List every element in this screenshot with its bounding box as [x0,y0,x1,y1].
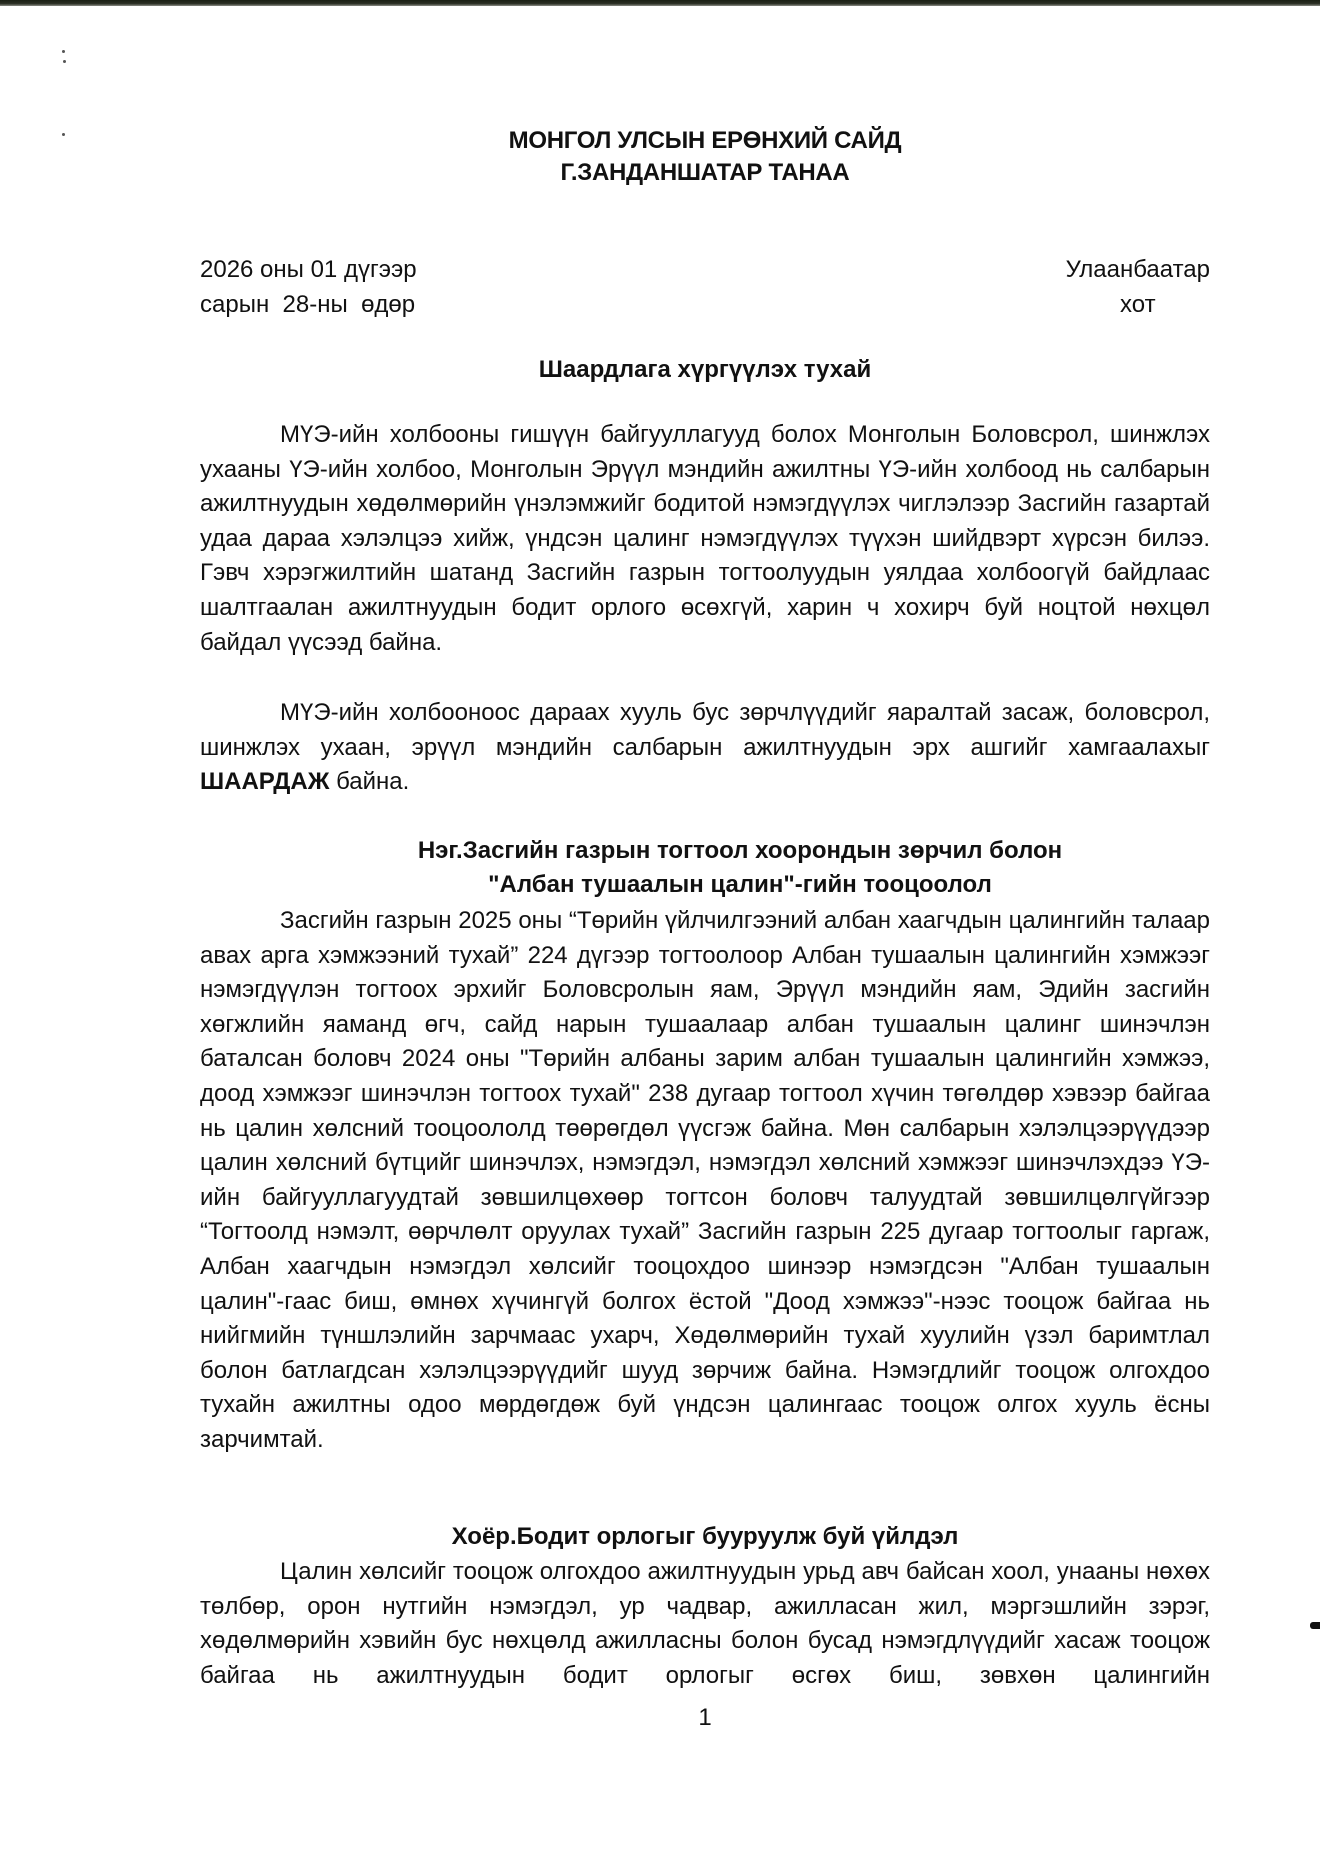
section-2-body: Цалин хөлсийг тооцож олгохдоо ажилтнууды… [200,1555,1210,1693]
section-1-heading: Нэг.Засгийн газрын тогтоол хоорондын зөр… [200,834,1210,902]
scan-speck [62,133,65,136]
recipient-block: МОНГОЛ УЛСЫН ЕРӨНХИЙ САЙД Г.ЗАНДАНШАТАР … [200,125,1210,189]
intro-paragraph-2: МҮЭ-ийн холбооноос дараах хууль бус зөрч… [200,696,1210,800]
recipient-name: Г.ЗАНДАНШАТАР ТАНАА [200,157,1210,189]
section-2-body-text: Цалин хөлсийг тооцож олгохдоо ажилтнууды… [200,1555,1210,1693]
page-number: 1 [200,1704,1210,1732]
date-line-1: 2026 оны 01 дүгээр [200,252,417,287]
demand-text-before: МҮЭ-ийн холбооноос дараах хууль бус зөрч… [200,699,1210,761]
scan-edge-mark [1310,1622,1320,1629]
section-1-heading-line-2: "Албан тушаалын цалин"-гийн тооцоолол [200,868,1210,902]
intro-paragraph-2-text: МҮЭ-ийн холбооноос дараах хууль бус зөрч… [200,696,1210,800]
place-block: Улаанбаатар хот [1066,252,1210,322]
place-line-1: Улаанбаатар [1066,252,1210,287]
scan-speck [62,50,65,53]
date-line-2: сарын 28-ны өдөр [200,287,417,322]
section-1-body: Засгийн газрын 2025 оны “Төрийн үйлчилгэ… [200,904,1210,1458]
section-1-heading-line-1: Нэг.Засгийн газрын тогтоол хоорондын зөр… [200,834,1210,868]
section-1-body-text: Засгийн газрын 2025 оны “Төрийн үйлчилгэ… [200,904,1210,1458]
subject-heading: Шаардлага хүргүүлэх тухай [200,356,1210,384]
demand-keyword: ШААРДАЖ [200,768,329,795]
date-block: 2026 оны 01 дүгээр сарын 28-ны өдөр [200,252,417,322]
intro-paragraph-1-text: МҮЭ-ийн холбооны гишүүн байгууллагууд бо… [200,418,1210,660]
section-2-heading: Хоёр.Бодит орлогыг бууруулж буй үйлдэл [200,1520,1210,1554]
scan-speck [63,60,66,63]
place-line-2: хот [1066,287,1210,322]
demand-text-after: байна. [329,768,409,795]
recipient-title: МОНГОЛ УЛСЫН ЕРӨНХИЙ САЙД [200,125,1210,157]
scan-top-border [0,0,1320,6]
intro-paragraph-1: МҮЭ-ийн холбооны гишүүн байгууллагууд бо… [200,418,1210,660]
